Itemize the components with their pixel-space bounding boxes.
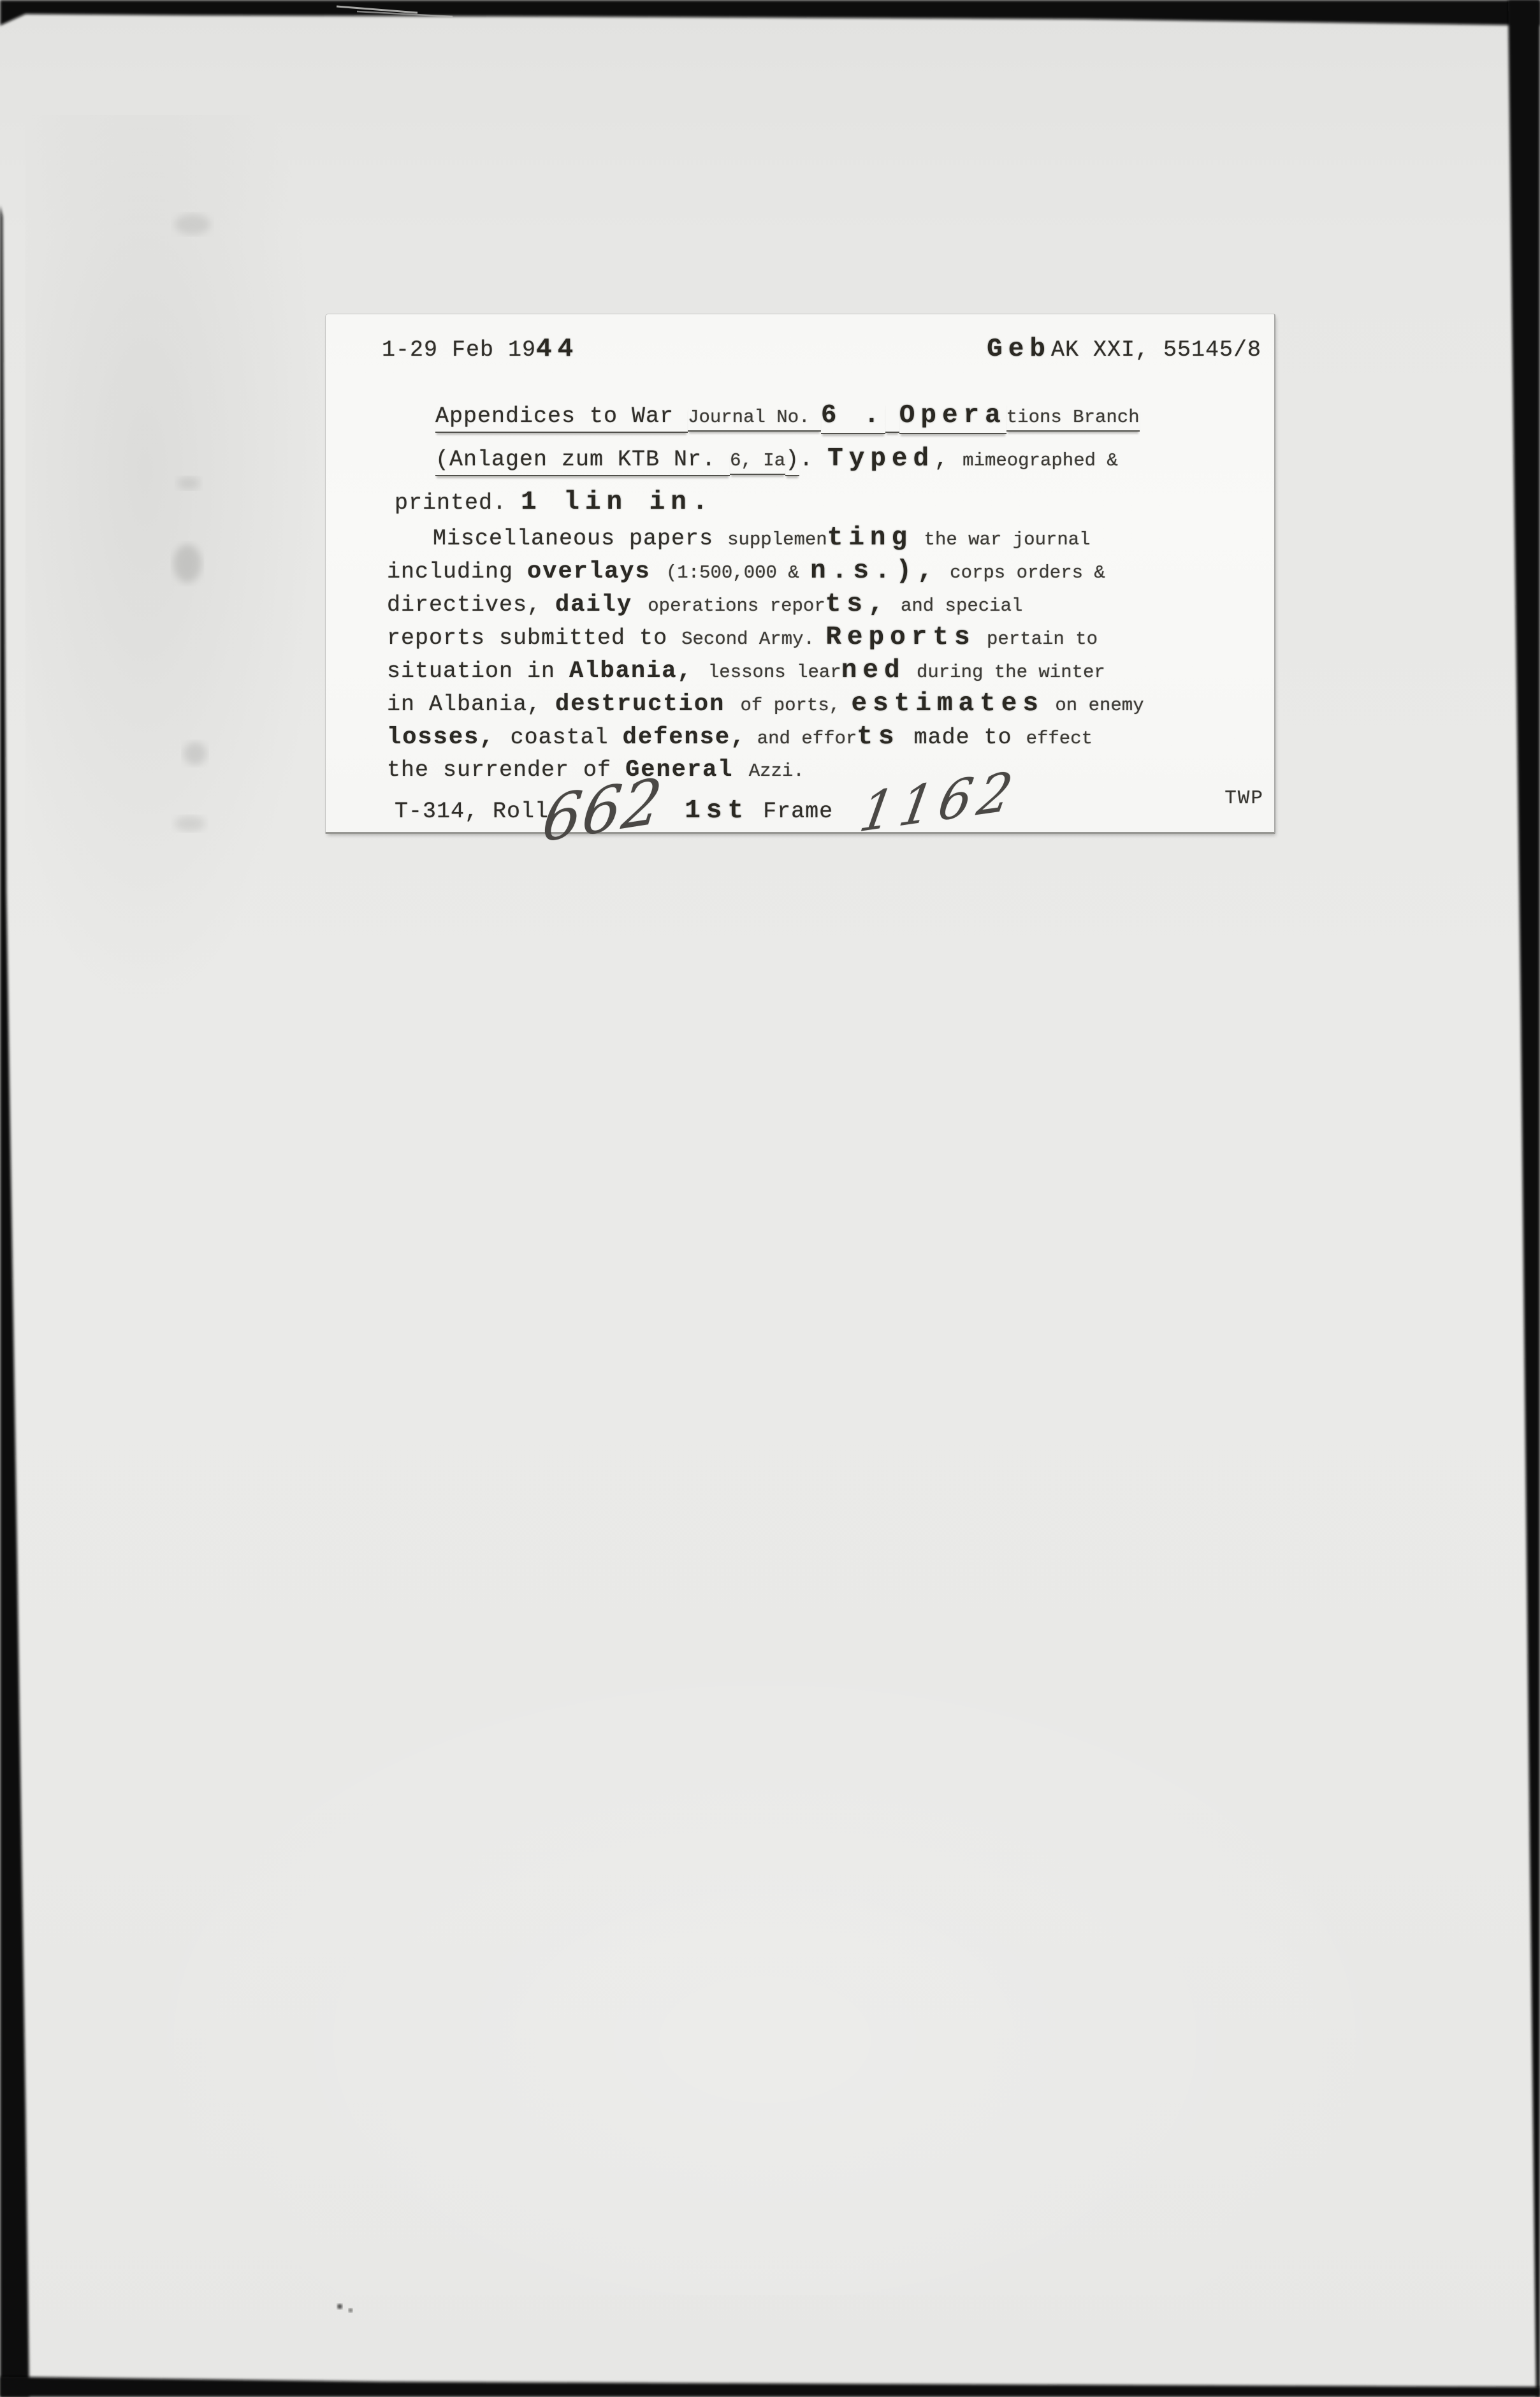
text-segment: Albania,	[569, 658, 708, 685]
text-segment: .	[799, 447, 827, 472]
text-segment: printed.	[395, 490, 521, 516]
microfilm-page: 1-29 Feb 1944 GebAK XXI, 55145/8 Appendi…	[0, 0, 1540, 2397]
text-segment: 1st	[685, 796, 749, 826]
paper-smudge	[173, 544, 201, 583]
text-segment: Geb	[987, 335, 1051, 364]
text-segment	[885, 404, 899, 433]
text-segment: situation in	[387, 659, 569, 684]
text-segment: made to	[900, 725, 1026, 750]
text-segment: Appendices to War	[435, 404, 688, 433]
card-header: 1-29 Feb 1944 GebAK XXI, 55145/8	[382, 335, 1261, 364]
title-line-3: printed. 1 lin in.	[395, 483, 1255, 526]
text-segment: daily	[555, 592, 648, 618]
text-segment: effect	[1026, 728, 1093, 749]
body-line: losses, coastal defense, and efforts mad…	[387, 722, 1251, 755]
description-paragraph: Miscellaneous papers supplementing the w…	[387, 523, 1251, 788]
text-segment: AK XXI, 55145/8	[1051, 337, 1261, 363]
text-segment: ned	[841, 656, 906, 685]
title-line-2: (Anlagen zum KTB Nr. 6, Ia). Typed, mime…	[435, 439, 1255, 483]
card-title-block: Appendices to War Journal No. 6 . Operat…	[435, 396, 1255, 526]
text-segment: defense,	[623, 724, 746, 751]
text-segment: lessons	[708, 662, 797, 683]
body-line: directives, daily operations reports, an…	[387, 590, 1251, 623]
film-edge-bottom	[0, 2377, 1540, 2397]
handwritten-frame-number: 1162	[855, 760, 1024, 845]
text-segment: repor	[770, 595, 825, 616]
text-segment: ts	[857, 722, 899, 752]
text-segment: on enemy	[1044, 695, 1144, 716]
text-segment: and special	[890, 595, 1023, 616]
film-edge-right	[1508, 0, 1540, 2397]
text-segment: (1:500,000 &	[666, 562, 810, 583]
first-frame-label: 1st Frame	[685, 809, 833, 820]
text-segment: Miscellaneous papers	[433, 526, 727, 551]
text-segment: 1-29 Feb 19	[382, 337, 536, 363]
text-segment: coastal	[511, 725, 623, 750]
text-segment: losses,	[387, 724, 511, 751]
text-segment: overlays	[527, 558, 666, 585]
text-segment: corps orders &	[939, 562, 1105, 583]
text-segment: in Albania,	[387, 692, 555, 717]
body-line: including overlays (1:500,000 & n.s.), c…	[387, 557, 1251, 590]
body-line: in Albania, destruction of ports, estima…	[387, 689, 1251, 722]
text-segment: Opera	[899, 401, 1006, 434]
record-reference: GebAK XXI, 55145/8	[987, 335, 1261, 364]
text-segment: Journal No.	[688, 407, 821, 432]
microfilm-reference-line: T-314, Roll6621st Frame1162	[395, 761, 1019, 832]
text-segment: (Anlagen zum KTB Nr.	[435, 447, 730, 476]
text-segment: ,	[934, 447, 962, 472]
text-segment: pertain to	[976, 629, 1098, 650]
text-segment: T-314, Roll	[395, 799, 549, 824]
text-segment: Frame	[749, 799, 833, 824]
body-line: reports submitted to Second Army. Report…	[387, 623, 1251, 656]
ink-speck	[337, 2304, 342, 2309]
text-segment: reports submitted to	[387, 625, 681, 651]
ink-speck	[349, 2308, 352, 2312]
body-line: Miscellaneous papers supplementing the w…	[387, 523, 1251, 557]
text-segment: and effor	[746, 728, 857, 749]
text-segment: the war journal	[913, 529, 1090, 550]
text-segment: 6 .	[821, 401, 885, 434]
text-segment: 1 lin in.	[521, 488, 713, 517]
paper-smudge	[175, 816, 205, 831]
preparer-initials: TWP	[1224, 787, 1264, 810]
series-roll-label: T-314, Roll	[395, 809, 549, 820]
text-segment: 44	[536, 335, 579, 364]
paper-smudge	[184, 742, 207, 765]
text-segment: ting	[827, 523, 913, 553]
text-segment: mimeographed &	[962, 450, 1118, 471]
title-line-1: Appendices to War Journal No. 6 . Operat…	[435, 396, 1255, 439]
text-segment: n.s.),	[810, 557, 939, 586]
text-segment: including	[387, 559, 527, 585]
archive-data-sheet-card: 1-29 Feb 1944 GebAK XXI, 55145/8 Appendi…	[325, 314, 1275, 834]
text-segment: Reports	[825, 623, 975, 652]
text-segment: supplemen	[727, 529, 827, 550]
text-segment: destruction	[555, 691, 740, 718]
film-edge-top	[0, 0, 1540, 25]
paper-smudge	[175, 214, 210, 235]
text-segment: )	[785, 447, 799, 476]
text-segment: estimates	[852, 689, 1044, 718]
text-segment: Second Army.	[681, 629, 825, 650]
text-segment: ts,	[825, 590, 890, 619]
text-segment: Typed	[827, 444, 934, 474]
text-segment: directives,	[387, 592, 555, 618]
text-segment: during the winter	[906, 662, 1105, 683]
text-segment: of ports,	[741, 695, 852, 716]
text-segment: lear	[797, 662, 841, 683]
body-line: situation in Albania, lessons learned du…	[387, 656, 1251, 689]
text-segment: tions Branch	[1006, 407, 1140, 432]
date-range: 1-29 Feb 1944	[382, 335, 579, 364]
paper-smudge	[177, 477, 200, 490]
film-edge-left	[0, 205, 29, 2397]
text-segment: operations	[648, 595, 769, 616]
text-segment: 6, Ia	[730, 450, 785, 475]
